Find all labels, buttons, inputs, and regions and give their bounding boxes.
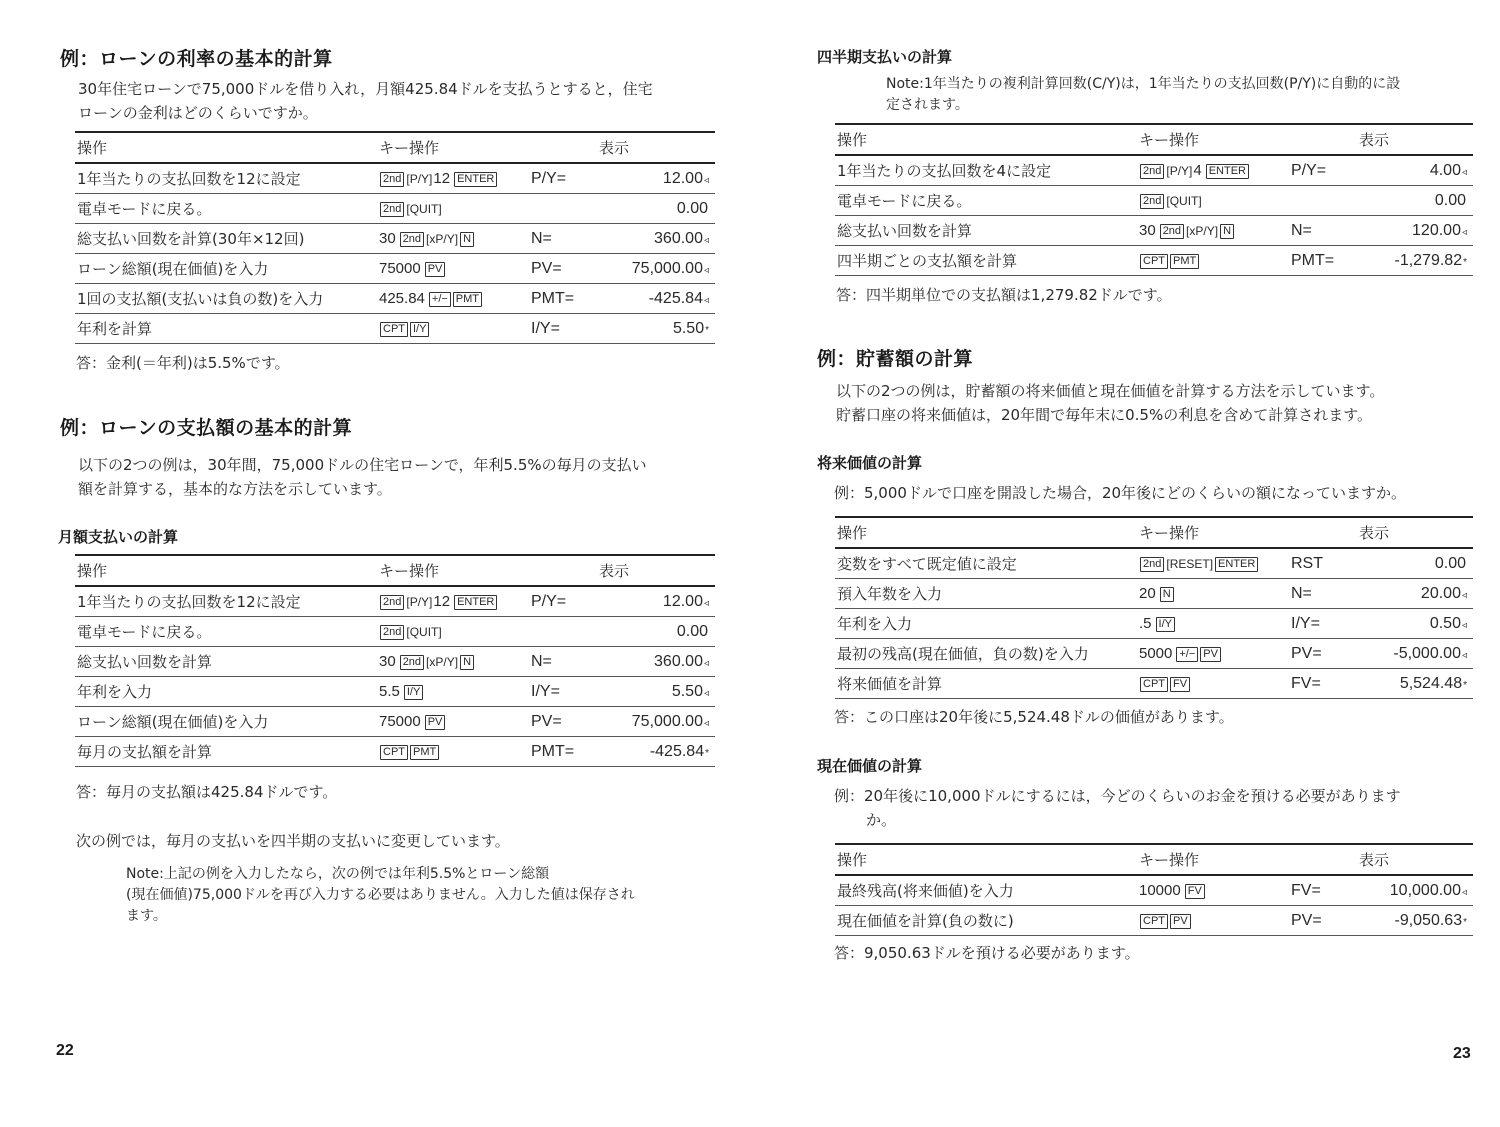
table-row: ローン総額(現在価値)を入力75000PVPV=75,000.00◃ [75,254,715,284]
keystrokes-cell: 425.84+/−PMT [377,284,529,314]
numeric-entry: 5.5 [379,683,400,700]
keystrokes-cell: 5000+/−PV [1137,639,1289,669]
numeric-entry: 12 [433,593,450,610]
operation-cell: 変数をすべて既定値に設定 [835,548,1137,579]
keystrokes-cell: CPTI/Y [377,314,529,344]
display-variable: I/Y= [1289,609,1343,639]
left-page: 例：ローンの利率の基本的計算 30年住宅ローンで75,000ドルを借り入れ，月額… [0,0,750,1127]
display-indicator-icon: * [705,748,709,759]
display-value: 75,000.00 [632,713,703,730]
display-value: 360.00 [654,230,703,247]
numeric-entry: 10000 [1139,882,1181,899]
display-indicator-icon: ◃ [704,658,709,669]
display-variable [529,194,593,224]
calculator-key-icon: ENTER [454,595,497,610]
page-number: 23 [1453,1045,1471,1063]
display-value: -425.84 [649,290,703,307]
display-value: 0.00 [1435,192,1466,209]
display-value-cell: 0.00 [593,194,715,224]
intro-line: 以下の2つの例は，30年間，75,000ドルの住宅ローンで，年利5.5%の毎月の… [78,453,647,477]
note-line: (現在価値)75,000ドルを再び入力する必要はありません。入力した値は保存され [126,885,635,906]
secondary-function-label: [P/Y] [406,595,432,609]
calculator-key-icon: 2nd [1140,164,1164,179]
calculator-key-icon: 2nd [1140,557,1164,572]
display-value: -425.84 [650,743,704,760]
calculator-key-icon: PV [425,262,446,277]
calculator-key-icon: CPT [380,745,408,760]
display-value: -5,000.00 [1393,645,1461,662]
numeric-entry: .5 [1139,615,1152,632]
display-value: 0.50 [1430,615,1461,632]
display-value-cell: -9,050.63* [1340,906,1473,936]
table-header-row: 操作キー操作表示 [75,132,715,163]
display-value: 0.00 [1435,555,1466,572]
display-value: 10,000.00 [1390,882,1461,899]
display-indicator-icon: * [705,325,709,336]
display-indicator-icon: ◃ [704,598,709,609]
display-value: 0.00 [677,200,708,217]
keystrokes-cell: 75000PV [377,254,529,284]
calculator-key-icon: CPT [380,322,408,337]
display-value-cell: -425.84◃ [593,284,715,314]
display-value-cell: -425.84* [593,737,715,767]
operation-cell: 総支払い回数を計算 [835,216,1137,246]
display-variable [529,617,593,647]
display-value: -9,050.63 [1394,912,1462,929]
calculator-key-icon: 2nd [380,625,404,640]
header-keystrokes: キー操作 [377,132,529,163]
calculator-key-icon: CPT [1140,254,1168,269]
display-variable: N= [529,647,593,677]
calculator-key-icon: 2nd [400,655,424,670]
calculator-key-icon: I/Y [410,322,429,337]
header-operation: 操作 [835,124,1137,155]
header-operation: 操作 [835,844,1137,875]
header-display: 表示 [1289,124,1473,155]
operation-cell: 1年当たりの支払回数を12に設定 [75,163,377,194]
calculator-key-icon: 2nd [1140,194,1164,209]
display-value-cell: 75,000.00◃ [593,254,715,284]
table-row: 年利を入力5.5I/YI/Y=5.50◃ [75,677,715,707]
answer-text: 答：金利(＝年利)は5.5%です。 [76,352,290,373]
intro-line: 30年住宅ローンで75,000ドルを借り入れ，月額425.84ドルを支払うとする… [78,77,653,101]
answer-text: 答：毎月の支払額は425.84ドルです。 [76,781,337,802]
subsection-title-present-value: 現在価値の計算 [817,755,922,776]
display-value: 360.00 [654,653,703,670]
table-row: 総支払い回数を計算302nd[xP/Y]NN=360.00◃ [75,647,715,677]
table-header-row: 操作キー操作表示 [835,124,1473,155]
table-row: 電卓モードに戻る。2nd[QUIT]0.00 [75,617,715,647]
display-indicator-icon: ◃ [1462,650,1467,661]
table-row: 変数をすべて既定値に設定2nd[RESET]ENTERRST0.00 [835,548,1473,579]
display-value-cell: -5,000.00◃ [1343,639,1473,669]
display-variable: FV= [1289,875,1340,906]
operation-cell: 現在価値を計算(負の数に) [835,906,1137,936]
numeric-entry: 425.84 [379,290,425,307]
answer-text: 答：9,050.63ドルを預ける必要があります。 [834,942,1140,963]
answer-text: 答：四半期単位での支払額は1,279.82ドルです。 [836,284,1172,305]
display-variable: I/Y= [529,314,593,344]
table-row: 総支払い回数を計算302nd[xP/Y]NN=120.00◃ [835,216,1473,246]
calculator-key-icon: FV [1185,884,1205,899]
operation-cell: 電卓モードに戻る。 [75,194,377,224]
display-variable: RST [1289,548,1343,579]
display-value: 4.00 [1430,162,1461,179]
keystrokes-cell: CPTPMT [377,737,529,767]
page-number: 22 [56,1042,74,1060]
calculator-key-icon: PV [1200,647,1221,662]
calculator-key-icon: PMT [1170,254,1199,269]
display-value-cell: 360.00◃ [593,647,715,677]
right-page: 四半期支払いの計算 Note:1年当たりの複利計算回数(C/Y)は，1年当たりの… [750,0,1500,1127]
display-value-cell: 75,000.00◃ [593,707,715,737]
display-value: 5,524.48 [1400,675,1462,692]
numeric-entry: 75000 [379,713,421,730]
display-indicator-icon: * [1463,917,1467,928]
keystrokes-cell: 302nd[xP/Y]N [377,647,529,677]
display-value-cell: 5,524.48* [1343,669,1473,699]
table-row: 1年当たりの支払回数を12に設定2nd[P/Y]12ENTERP/Y=12.00… [75,163,715,194]
header-display: 表示 [1289,517,1473,548]
display-indicator-icon: ◃ [704,295,709,306]
table-header-row: 操作キー操作表示 [75,555,715,586]
display-value-cell: 20.00◃ [1343,579,1473,609]
keystrokes-cell: 2nd[RESET]ENTER [1137,548,1289,579]
display-indicator-icon: ◃ [704,175,709,186]
calculator-key-icon: ENTER [1206,164,1249,179]
calculator-key-icon: I/Y [404,685,423,700]
display-variable: N= [529,224,593,254]
table-row: 最初の残高(現在価値，負の数)を入力5000+/−PVPV=-5,000.00◃ [835,639,1473,669]
calculator-key-icon: N [1160,587,1174,602]
operation-cell: 1回の支払額(支払いは負の数)を入力 [75,284,377,314]
note: Note:1年当たりの複利計算回数(C/Y)は，1年当たりの支払回数(P/Y)に… [886,74,1400,116]
note: Note:上記の例を入力したなら，次の例では年利5.5%とローン総額 (現在価値… [126,864,635,927]
display-value-cell: 0.00 [593,617,715,647]
intro-line: 貯蓄口座の将来価値は，20年間で毎年末に0.5%の利息を含めて計算されます。 [836,403,1384,427]
steps-table: 操作キー操作表示最終残高(将来価値)を入力10000FVFV=10,000.00… [835,843,1473,936]
calculator-key-icon: PV [1170,914,1191,929]
table-header-row: 操作キー操作表示 [835,517,1473,548]
table-row: 1年当たりの支払回数を4に設定2nd[P/Y]4ENTERP/Y=4.00◃ [835,155,1473,186]
operation-cell: 最終残高(将来価値)を入力 [835,875,1137,906]
note-line: Note:上記の例を入力したなら，次の例では年利5.5%とローン総額 [126,864,635,885]
keystrokes-cell: 2nd[P/Y]12ENTER [377,586,529,617]
display-indicator-icon: ◃ [704,265,709,276]
calculator-key-icon: I/Y [1156,617,1175,632]
subsection-title-monthly: 月額支払いの計算 [58,526,178,547]
header-keystrokes: キー操作 [1137,517,1289,548]
operation-cell: 電卓モードに戻る。 [75,617,377,647]
keystrokes-cell: 75000PV [377,707,529,737]
calculator-key-icon: CPT [1140,914,1168,929]
table-row: 1年当たりの支払回数を12に設定2nd[P/Y]12ENTERP/Y=12.00… [75,586,715,617]
display-value-cell: -1,279.82* [1355,246,1473,276]
operation-cell: 預入年数を入力 [835,579,1137,609]
keystrokes-cell: 2nd[P/Y]4ENTER [1137,155,1289,186]
table-row: 電卓モードに戻る。2nd[QUIT]0.00 [75,194,715,224]
calculator-key-icon: N [460,232,474,247]
display-variable: I/Y= [529,677,593,707]
display-value-cell: 120.00◃ [1355,216,1473,246]
calculator-key-icon: PMT [453,292,482,307]
calculator-key-icon: 2nd [380,172,404,187]
secondary-function-label: [QUIT] [406,625,441,639]
display-indicator-icon: ◃ [1462,167,1467,178]
header-keystrokes: キー操作 [1137,124,1289,155]
operation-cell: ローン総額(現在価値)を入力 [75,254,377,284]
display-variable: FV= [1289,669,1343,699]
steps-table: 操作キー操作表示1年当たりの支払回数を12に設定2nd[P/Y]12ENTERP… [75,131,715,344]
display-indicator-icon: * [1463,257,1467,268]
keystrokes-cell: .5I/Y [1137,609,1289,639]
section-title-loan-interest: 例：ローンの利率の基本的計算 [60,44,333,71]
calculator-key-icon: 2nd [1160,224,1184,239]
keystrokes-cell: CPTPV [1137,906,1289,936]
table-row: 最終残高(将来価値)を入力10000FVFV=10,000.00◃ [835,875,1473,906]
display-variable: N= [1289,579,1343,609]
numeric-entry: 20 [1139,585,1156,602]
display-value: -1,279.82 [1394,252,1462,269]
display-variable: P/Y= [529,586,593,617]
section-title-savings: 例：貯蓄額の計算 [817,344,973,371]
display-value: 5.50 [672,683,703,700]
intro-paragraph: 30年住宅ローンで75,000ドルを借り入れ，月額425.84ドルを支払うとする… [78,77,653,125]
calculator-key-icon: PMT [410,745,439,760]
intro-line: 以下の2つの例は，貯蓄額の将来価値と現在価値を計算する方法を示しています。 [836,379,1384,403]
display-value-cell: 12.00◃ [593,163,715,194]
operation-cell: 年利を入力 [75,677,377,707]
table-row: 現在価値を計算(負の数に)CPTPVPV=-9,050.63* [835,906,1473,936]
display-value-cell: 360.00◃ [593,224,715,254]
display-value: 0.00 [677,623,708,640]
display-indicator-icon: ◃ [1462,620,1467,631]
steps-table: 操作キー操作表示変数をすべて既定値に設定2nd[RESET]ENTERRST0.… [835,516,1473,699]
secondary-function-label: [xP/Y] [1186,224,1218,238]
example-text: 例：20年後に10,000ドルにするには，今どのくらいのお金を預ける必要がありま… [834,784,1401,832]
table-row: 電卓モードに戻る。2nd[QUIT]0.00 [835,186,1473,216]
display-variable: PV= [1289,639,1343,669]
intro-paragraph: 以下の2つの例は，貯蓄額の将来価値と現在価値を計算する方法を示しています。 貯蓄… [836,379,1384,427]
header-keystrokes: キー操作 [377,555,529,586]
section-title-loan-payment: 例：ローンの支払額の基本的計算 [60,413,352,440]
calculator-key-icon: N [460,655,474,670]
secondary-function-label: [xP/Y] [426,655,458,669]
display-indicator-icon: ◃ [704,718,709,729]
note-line: 定されます。 [886,95,1400,116]
secondary-function-label: [xP/Y] [426,232,458,246]
table-header-row: 操作キー操作表示 [835,844,1473,875]
display-variable: PV= [529,254,593,284]
numeric-entry: 30 [379,230,396,247]
intro-paragraph: 以下の2つの例は，30年間，75,000ドルの住宅ローンで，年利5.5%の毎月の… [78,453,647,501]
secondary-function-label: [RESET] [1166,557,1213,571]
operation-cell: 総支払い回数を計算 [75,647,377,677]
display-indicator-icon: ◃ [704,235,709,246]
display-value-cell: 5.50◃ [593,677,715,707]
display-value: 75,000.00 [632,260,703,277]
keystrokes-cell: 10000FV [1137,875,1289,906]
table-row: 将来価値を計算CPTFVFV=5,524.48* [835,669,1473,699]
display-value: 12.00 [663,593,703,610]
table-row: 総支払い回数を計算(30年×12回)302nd[xP/Y]NN=360.00◃ [75,224,715,254]
keystrokes-cell: 2nd[QUIT] [377,617,529,647]
display-indicator-icon: ◃ [1462,590,1467,601]
display-value-cell: 0.50◃ [1343,609,1473,639]
display-variable: N= [1289,216,1355,246]
display-value-cell: 4.00◃ [1355,155,1473,186]
example-line: か。 [834,808,1401,832]
display-variable: PMT= [1289,246,1355,276]
secondary-function-label: [QUIT] [406,202,441,216]
numeric-entry: 30 [1139,222,1156,239]
calculator-key-icon: N [1220,224,1234,239]
display-variable: PMT= [529,737,593,767]
calculator-key-icon: 2nd [380,202,404,217]
operation-cell: 総支払い回数を計算(30年×12回) [75,224,377,254]
steps-table: 操作キー操作表示1年当たりの支払回数を12に設定2nd[P/Y]12ENTERP… [75,554,715,767]
header-operation: 操作 [835,517,1137,548]
keystrokes-cell: 2nd[QUIT] [377,194,529,224]
keystrokes-cell: CPTFV [1137,669,1289,699]
calculator-key-icon: +/− [1176,647,1198,662]
operation-cell: 1年当たりの支払回数を4に設定 [835,155,1137,186]
table-row: 毎月の支払額を計算CPTPMTPMT=-425.84* [75,737,715,767]
secondary-function-label: [P/Y] [406,172,432,186]
table-row: 年利を入力.5I/YI/Y=0.50◃ [835,609,1473,639]
calculator-key-icon: ENTER [454,172,497,187]
display-indicator-icon: ◃ [704,688,709,699]
subsection-title-future-value: 将来価値の計算 [817,452,922,473]
display-value-cell: 10,000.00◃ [1340,875,1473,906]
display-value: 5.50 [673,320,704,337]
display-value-cell: 0.00 [1343,548,1473,579]
calculator-key-icon: ENTER [1215,557,1258,572]
keystrokes-cell: 302nd[xP/Y]N [1137,216,1289,246]
note-line: ます。 [126,906,635,927]
operation-cell: 年利を計算 [75,314,377,344]
display-value-cell: 0.00 [1355,186,1473,216]
operation-cell: ローン総額(現在価値)を入力 [75,707,377,737]
header-display: 表示 [529,555,715,586]
secondary-function-label: [QUIT] [1166,194,1201,208]
subsection-title-quarterly: 四半期支払いの計算 [817,46,952,67]
table-row: 1回の支払額(支払いは負の数)を入力425.84+/−PMTPMT=-425.8… [75,284,715,314]
intro-line: 額を計算する，基本的な方法を示しています。 [78,477,647,501]
operation-cell: 電卓モードに戻る。 [835,186,1137,216]
display-variable: PV= [1289,906,1340,936]
header-operation: 操作 [75,132,377,163]
keystrokes-cell: 2nd[P/Y]12ENTER [377,163,529,194]
numeric-entry: 30 [379,653,396,670]
operation-cell: 毎月の支払額を計算 [75,737,377,767]
display-value-cell: 12.00◃ [593,586,715,617]
header-display: 表示 [529,132,715,163]
operation-cell: 最初の残高(現在価値，負の数)を入力 [835,639,1137,669]
intro-line: ローンの金利はどのくらいですか。 [78,101,653,125]
display-value: 20.00 [1421,585,1461,602]
header-keystrokes: キー操作 [1137,844,1289,875]
example-text: 例：5,000ドルで口座を開設した場合，20年後にどのくらいの額になっていますか… [834,481,1406,505]
next-example-text: 次の例では，毎月の支払いを四半期の支払いに変更しています。 [76,829,510,853]
calculator-key-icon: PV [425,715,446,730]
operation-cell: 1年当たりの支払回数を12に設定 [75,586,377,617]
keystrokes-cell: 2nd[QUIT] [1137,186,1289,216]
table-row: 預入年数を入力20NN=20.00◃ [835,579,1473,609]
keystrokes-cell: 302nd[xP/Y]N [377,224,529,254]
display-variable: PV= [529,707,593,737]
numeric-entry: 75000 [379,260,421,277]
operation-cell: 将来価値を計算 [835,669,1137,699]
display-indicator-icon: * [1463,680,1467,691]
table-row: ローン総額(現在価値)を入力75000PVPV=75,000.00◃ [75,707,715,737]
numeric-entry: 12 [433,170,450,187]
numeric-entry: 4 [1193,162,1201,179]
keystrokes-cell: 20N [1137,579,1289,609]
display-value: 120.00 [1412,222,1461,239]
keystrokes-cell: CPTPMT [1137,246,1289,276]
display-variable: P/Y= [1289,155,1355,186]
table-row: 年利を計算CPTI/YI/Y=5.50* [75,314,715,344]
calculator-key-icon: FV [1170,677,1190,692]
display-value: 12.00 [663,170,703,187]
table-row: 四半期ごとの支払額を計算CPTPMTPMT=-1,279.82* [835,246,1473,276]
display-indicator-icon: ◃ [1462,227,1467,238]
display-indicator-icon: ◃ [1462,887,1467,898]
display-value-cell: 5.50* [593,314,715,344]
keystrokes-cell: 5.5I/Y [377,677,529,707]
calculator-key-icon: +/− [429,292,451,307]
answer-text: 答：この口座は20年後に5,524.48ドルの価値があります。 [834,706,1234,727]
display-variable: P/Y= [529,163,593,194]
calculator-key-icon: 2nd [380,595,404,610]
header-display: 表示 [1289,844,1473,875]
calculator-key-icon: 2nd [400,232,424,247]
operation-cell: 四半期ごとの支払額を計算 [835,246,1137,276]
note-line: Note:1年当たりの複利計算回数(C/Y)は，1年当たりの支払回数(P/Y)に… [886,74,1400,95]
numeric-entry: 5000 [1139,645,1172,662]
operation-cell: 年利を入力 [835,609,1137,639]
steps-table: 操作キー操作表示1年当たりの支払回数を4に設定2nd[P/Y]4ENTERP/Y… [835,123,1473,276]
display-variable [1289,186,1355,216]
display-variable: PMT= [529,284,593,314]
example-line: 例：20年後に10,000ドルにするには，今どのくらいのお金を預ける必要がありま… [834,784,1401,808]
header-operation: 操作 [75,555,377,586]
secondary-function-label: [P/Y] [1166,164,1192,178]
calculator-key-icon: CPT [1140,677,1168,692]
